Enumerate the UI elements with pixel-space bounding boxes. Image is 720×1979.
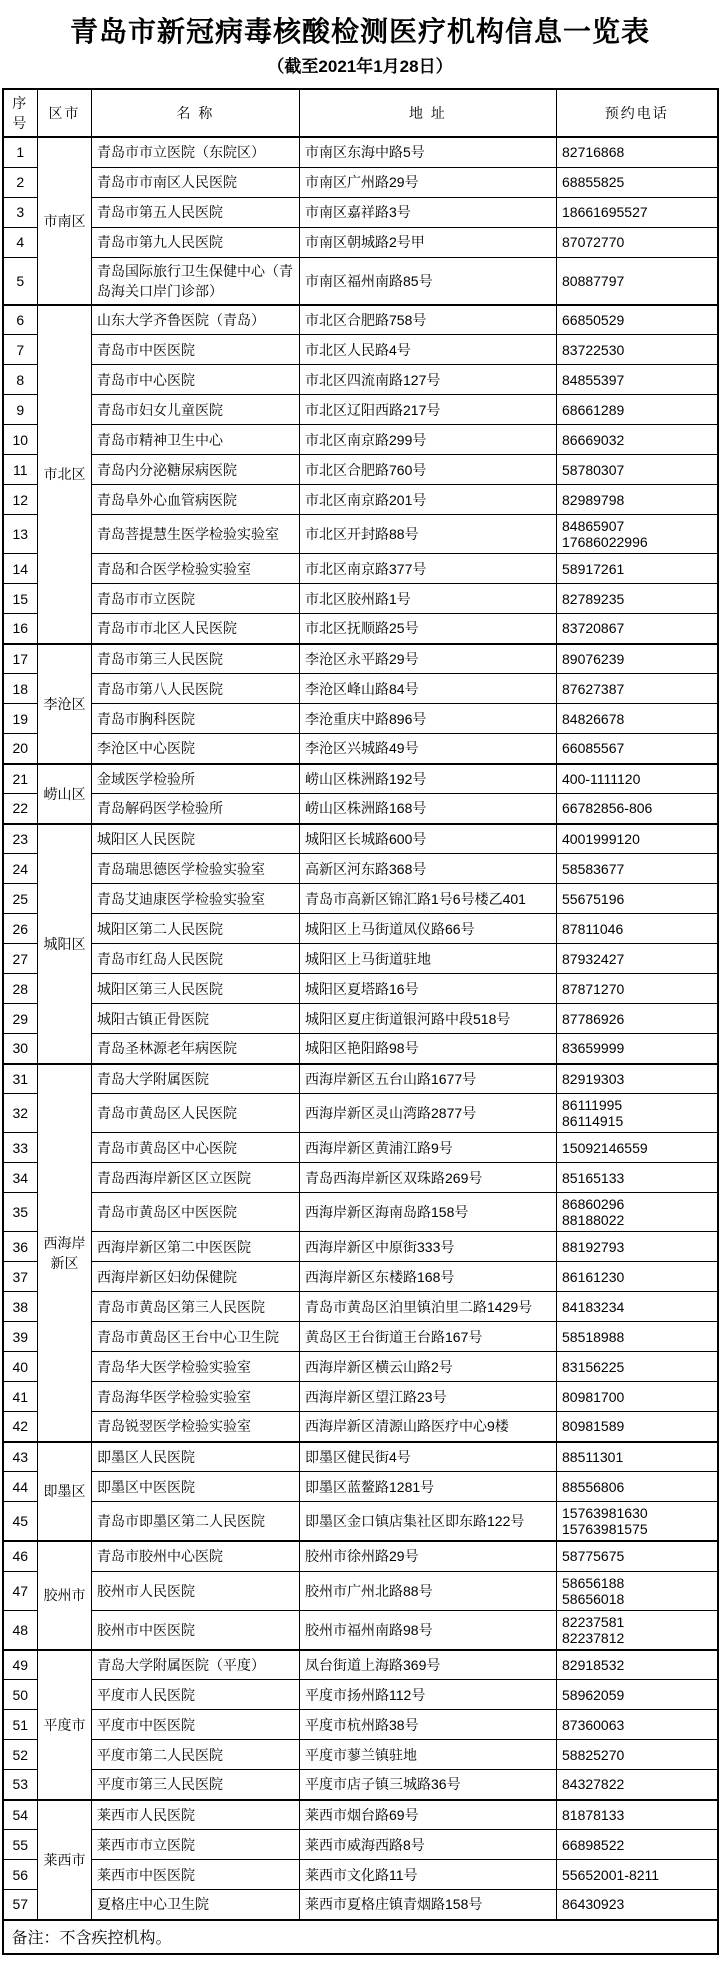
- table-row: 50平度市人民医院平度市扬州路112号58962059: [3, 1680, 718, 1710]
- address-cell: 李沧重庆中路896号: [300, 704, 557, 734]
- table-row: 39青岛市黄岛区王台中心卫生院黄岛区王台街道王台路167号58518988: [3, 1322, 718, 1352]
- address-cell: 城阳区长城路600号: [300, 824, 557, 854]
- serial-number-cell: 10: [3, 425, 38, 455]
- institution-name-cell: 即墨区人民医院: [92, 1442, 300, 1472]
- district-cell: 崂山区: [38, 764, 92, 824]
- table-row: 52平度市第二人民医院平度市蓼兰镇驻地58825270: [3, 1740, 718, 1770]
- page-title: 青岛市新冠病毒核酸检测医疗机构信息一览表: [0, 12, 720, 52]
- table-row: 38青岛市黄岛区第三人民医院青岛市黄岛区泊里镇泊里二路1429号84183234: [3, 1292, 718, 1322]
- table-row: 10青岛市精神卫生中心市北区南京路299号86669032: [3, 425, 718, 455]
- address-cell: 西海岸新区清源山路医疗中心9楼: [300, 1412, 557, 1442]
- institution-name-cell: 城阳古镇正骨医院: [92, 1004, 300, 1034]
- header-district: 区市: [38, 89, 92, 137]
- address-cell: 市北区合肥路760号: [300, 455, 557, 485]
- district-group: 49平度市青岛大学附属医院（平度）凤台街道上海路369号8291853250平度…: [3, 1650, 718, 1800]
- table-row: 24青岛瑞思德医学检验实验室高新区河东路368号58583677: [3, 854, 718, 884]
- institution-name-cell: 青岛市第五人民医院: [92, 197, 300, 227]
- institution-name-cell: 平度市人民医院: [92, 1680, 300, 1710]
- table-row: 54莱西市莱西市人民医院莱西市烟台路69号81878133: [3, 1800, 718, 1830]
- header-row: 序号 区市 名 称 地 址 预约电话: [3, 89, 718, 137]
- serial-number-cell: 25: [3, 884, 38, 914]
- district-cell: 市南区: [38, 137, 92, 305]
- institution-name-cell: 莱西市市立医院: [92, 1830, 300, 1860]
- address-cell: 李沧区峰山路84号: [300, 674, 557, 704]
- address-cell: 凤台街道上海路369号: [300, 1650, 557, 1680]
- serial-number-cell: 26: [3, 914, 38, 944]
- table-row: 40青岛华大医学检验实验室西海岸新区横云山路2号83156225: [3, 1352, 718, 1382]
- address-cell: 市北区南京路377号: [300, 554, 557, 584]
- serial-number-cell: 56: [3, 1860, 38, 1890]
- header-serial-number: 序号: [3, 89, 38, 137]
- serial-number-cell: 20: [3, 734, 38, 764]
- address-cell: 市北区胶州路1号: [300, 584, 557, 614]
- serial-number-cell: 40: [3, 1352, 38, 1382]
- table-row: 3青岛市第五人民医院市南区嘉祥路3号18661695527: [3, 197, 718, 227]
- serial-number-cell: 48: [3, 1610, 38, 1650]
- phone-cell: 87932427: [557, 944, 718, 974]
- serial-number-cell: 8: [3, 365, 38, 395]
- table-row: 48胶州市中医医院胶州市福州南路98号82237581 82237812: [3, 1610, 718, 1650]
- serial-number-cell: 41: [3, 1382, 38, 1412]
- serial-number-cell: 7: [3, 335, 38, 365]
- serial-number-cell: 45: [3, 1502, 38, 1542]
- note-row: 备注：不含疾控机构。: [3, 1920, 718, 1954]
- institution-name-cell: 胶州市中医医院: [92, 1610, 300, 1650]
- district-group: 31西海岸新区青岛大学附属医院西海岸新区五台山路1677号8291930332青…: [3, 1064, 718, 1442]
- table-row: 20李沧区中心医院李沧区兴城路49号66085567: [3, 734, 718, 764]
- serial-number-cell: 49: [3, 1650, 38, 1680]
- institution-name-cell: 青岛菩提慧生医学检验实验室: [92, 515, 300, 554]
- institution-name-cell: 青岛内分泌糖尿病医院: [92, 455, 300, 485]
- institution-name-cell: 青岛圣林源老年病医院: [92, 1034, 300, 1064]
- phone-cell: 66898522: [557, 1830, 718, 1860]
- phone-cell: 66850529: [557, 305, 718, 335]
- table-footer: 备注：不含疾控机构。: [3, 1920, 718, 1954]
- serial-number-cell: 28: [3, 974, 38, 1004]
- serial-number-cell: 12: [3, 485, 38, 515]
- phone-cell: 86430923: [557, 1890, 718, 1920]
- address-cell: 崂山区株洲路168号: [300, 794, 557, 824]
- address-cell: 胶州市广州北路88号: [300, 1571, 557, 1610]
- address-cell: 青岛市高新区锦汇路1号6号楼乙401: [300, 884, 557, 914]
- institution-name-cell: 青岛市中心医院: [92, 365, 300, 395]
- table-row: 14青岛和合医学检验实验室市北区南京路377号58917261: [3, 554, 718, 584]
- serial-number-cell: 15: [3, 584, 38, 614]
- serial-number-cell: 33: [3, 1133, 38, 1163]
- header-name: 名 称: [92, 89, 300, 137]
- phone-cell: 400-1111120: [557, 764, 718, 794]
- institution-name-cell: 青岛市黄岛区王台中心卫生院: [92, 1322, 300, 1352]
- institution-name-cell: 青岛市妇女儿童医院: [92, 395, 300, 425]
- institution-name-cell: 青岛解码医学检验所: [92, 794, 300, 824]
- address-cell: 平度市店子镇三城路36号: [300, 1770, 557, 1800]
- institutions-table: 序号 区市 名 称 地 址 预约电话 1市南区青岛市市立医院（东院区）市南区东海…: [2, 88, 719, 1955]
- address-cell: 城阳区上马街道驻地: [300, 944, 557, 974]
- district-group: 54莱西市莱西市人民医院莱西市烟台路69号8187813355莱西市市立医院莱西…: [3, 1800, 718, 1920]
- serial-number-cell: 35: [3, 1193, 38, 1232]
- institution-name-cell: 青岛市胸科医院: [92, 704, 300, 734]
- address-cell: 平度市扬州路112号: [300, 1680, 557, 1710]
- address-cell: 市南区朝城路2号甲: [300, 227, 557, 257]
- table-row: 27青岛市红岛人民医院城阳区上马街道驻地87932427: [3, 944, 718, 974]
- phone-cell: 83156225: [557, 1352, 718, 1382]
- institution-name-cell: 青岛市红岛人民医院: [92, 944, 300, 974]
- phone-cell: 82716868: [557, 137, 718, 167]
- institution-name-cell: 李沧区中心医院: [92, 734, 300, 764]
- institution-name-cell: 即墨区中医医院: [92, 1472, 300, 1502]
- phone-cell: 88556806: [557, 1472, 718, 1502]
- district-cell: 李沧区: [38, 644, 92, 764]
- address-cell: 平度市蓼兰镇驻地: [300, 1740, 557, 1770]
- serial-number-cell: 57: [3, 1890, 38, 1920]
- phone-cell: 68661289: [557, 395, 718, 425]
- table-row: 28城阳区第三人民医院城阳区夏塔路16号87871270: [3, 974, 718, 1004]
- institution-name-cell: 青岛锐翌医学检验实验室: [92, 1412, 300, 1442]
- institution-name-cell: 莱西市中医医院: [92, 1860, 300, 1890]
- phone-cell: 83720867: [557, 614, 718, 644]
- serial-number-cell: 43: [3, 1442, 38, 1472]
- institution-name-cell: 平度市第二人民医院: [92, 1740, 300, 1770]
- institution-name-cell: 青岛华大医学检验实验室: [92, 1352, 300, 1382]
- phone-cell: 83722530: [557, 335, 718, 365]
- address-cell: 胶州市徐州路29号: [300, 1541, 557, 1571]
- address-cell: 西海岸新区五台山路1677号: [300, 1064, 557, 1094]
- address-cell: 莱西市文化路11号: [300, 1860, 557, 1890]
- phone-cell: 86669032: [557, 425, 718, 455]
- institution-name-cell: 平度市中医医院: [92, 1710, 300, 1740]
- table-row: 6市北区山东大学齐鲁医院（青岛）市北区合肥路758号66850529: [3, 305, 718, 335]
- institution-name-cell: 平度市第三人民医院: [92, 1770, 300, 1800]
- serial-number-cell: 24: [3, 854, 38, 884]
- table-row: 19青岛市胸科医院李沧重庆中路896号84826678: [3, 704, 718, 734]
- serial-number-cell: 34: [3, 1163, 38, 1193]
- address-cell: 城阳区夏塔路16号: [300, 974, 557, 1004]
- address-cell: 即墨区金口镇店集社区即东路122号: [300, 1502, 557, 1542]
- district-cell: 胶州市: [38, 1541, 92, 1650]
- institution-name-cell: 青岛海华医学检验实验室: [92, 1382, 300, 1412]
- district-cell: 市北区: [38, 305, 92, 644]
- district-cell: 城阳区: [38, 824, 92, 1064]
- institution-name-cell: 城阳区第三人民医院: [92, 974, 300, 1004]
- table-row: 17李沧区青岛市第三人民医院李沧区永平路29号89076239: [3, 644, 718, 674]
- address-cell: 市北区南京路299号: [300, 425, 557, 455]
- institution-name-cell: 西海岸新区妇幼保健院: [92, 1262, 300, 1292]
- serial-number-cell: 16: [3, 614, 38, 644]
- address-cell: 莱西市烟台路69号: [300, 1800, 557, 1830]
- table-row: 18青岛市第八人民医院李沧区峰山路84号87627387: [3, 674, 718, 704]
- phone-cell: 84865907 17686022996: [557, 515, 718, 554]
- phone-cell: 82918532: [557, 1650, 718, 1680]
- phone-cell: 86161230: [557, 1262, 718, 1292]
- serial-number-cell: 47: [3, 1571, 38, 1610]
- address-cell: 西海岸新区东楼路168号: [300, 1262, 557, 1292]
- institution-name-cell: 青岛市第九人民医院: [92, 227, 300, 257]
- institution-name-cell: 山东大学齐鲁医院（青岛）: [92, 305, 300, 335]
- institution-name-cell: 夏格庄中心卫生院: [92, 1890, 300, 1920]
- table-row: 11青岛内分泌糖尿病医院市北区合肥路760号58780307: [3, 455, 718, 485]
- table-header: 序号 区市 名 称 地 址 预约电话: [3, 89, 718, 137]
- serial-number-cell: 4: [3, 227, 38, 257]
- serial-number-cell: 9: [3, 395, 38, 425]
- table-row: 42青岛锐翌医学检验实验室西海岸新区清源山路医疗中心9楼80981589: [3, 1412, 718, 1442]
- district-cell: 平度市: [38, 1650, 92, 1800]
- address-cell: 城阳区夏庄街道银河路中段518号: [300, 1004, 557, 1034]
- address-cell: 西海岸新区中原街333号: [300, 1232, 557, 1262]
- serial-number-cell: 22: [3, 794, 38, 824]
- institution-name-cell: 青岛市胶州中心医院: [92, 1541, 300, 1571]
- table-row: 1市南区青岛市市立医院（东院区）市南区东海中路5号82716868: [3, 137, 718, 167]
- table-row: 44即墨区中医医院即墨区蓝鳌路1281号88556806: [3, 1472, 718, 1502]
- serial-number-cell: 37: [3, 1262, 38, 1292]
- phone-cell: 58518988: [557, 1322, 718, 1352]
- table-row: 31西海岸新区青岛大学附属医院西海岸新区五台山路1677号82919303: [3, 1064, 718, 1094]
- address-cell: 西海岸新区横云山路2号: [300, 1352, 557, 1382]
- phone-cell: 15763981630 15763981575: [557, 1502, 718, 1542]
- phone-cell: 55652001-8211: [557, 1860, 718, 1890]
- address-cell: 市南区广州路29号: [300, 167, 557, 197]
- phone-cell: 87627387: [557, 674, 718, 704]
- table-row: 5青岛国际旅行卫生保健中心（青岛海关口岸门诊部）市南区福州南路85号808877…: [3, 257, 718, 305]
- table-row: 45青岛市即墨区第二人民医院即墨区金口镇店集社区即东路122号157639816…: [3, 1502, 718, 1542]
- serial-number-cell: 50: [3, 1680, 38, 1710]
- table-row: 22青岛解码医学检验所崂山区株洲路168号66782856-806: [3, 794, 718, 824]
- serial-number-cell: 1: [3, 137, 38, 167]
- institution-name-cell: 青岛市黄岛区中心医院: [92, 1133, 300, 1163]
- page: 青岛市新冠病毒核酸检测医疗机构信息一览表 （截至2021年1月28日） 序号 区…: [0, 0, 720, 1955]
- address-cell: 高新区河东路368号: [300, 854, 557, 884]
- institution-name-cell: 莱西市人民医院: [92, 1800, 300, 1830]
- serial-number-cell: 55: [3, 1830, 38, 1860]
- phone-cell: 82237581 82237812: [557, 1610, 718, 1650]
- address-cell: 青岛西海岸新区双珠路269号: [300, 1163, 557, 1193]
- institution-name-cell: 青岛市中医医院: [92, 335, 300, 365]
- phone-cell: 87811046: [557, 914, 718, 944]
- phone-cell: 83659999: [557, 1034, 718, 1064]
- institution-name-cell: 青岛西海岸新区区立医院: [92, 1163, 300, 1193]
- phone-cell: 58656188 58656018: [557, 1571, 718, 1610]
- institution-name-cell: 青岛市黄岛区人民医院: [92, 1094, 300, 1133]
- table-row: 34青岛西海岸新区区立医院青岛西海岸新区双珠路269号85165133: [3, 1163, 718, 1193]
- district-group: 6市北区山东大学齐鲁医院（青岛）市北区合肥路758号668505297青岛市中医…: [3, 305, 718, 644]
- table-row: 36西海岸新区第二中医医院西海岸新区中原街333号88192793: [3, 1232, 718, 1262]
- serial-number-cell: 14: [3, 554, 38, 584]
- address-cell: 城阳区艳阳路98号: [300, 1034, 557, 1064]
- serial-number-cell: 36: [3, 1232, 38, 1262]
- phone-cell: 81878133: [557, 1800, 718, 1830]
- serial-number-cell: 3: [3, 197, 38, 227]
- table-row: 37西海岸新区妇幼保健院西海岸新区东楼路168号86161230: [3, 1262, 718, 1292]
- institution-name-cell: 青岛大学附属医院: [92, 1064, 300, 1094]
- table-row: 57夏格庄中心卫生院莱西市夏格庄镇青烟路158号86430923: [3, 1890, 718, 1920]
- phone-cell: 58962059: [557, 1680, 718, 1710]
- phone-cell: 66085567: [557, 734, 718, 764]
- phone-cell: 84855397: [557, 365, 718, 395]
- address-cell: 市南区嘉祥路3号: [300, 197, 557, 227]
- serial-number-cell: 23: [3, 824, 38, 854]
- address-cell: 西海岸新区灵山湾路2877号: [300, 1094, 557, 1133]
- serial-number-cell: 38: [3, 1292, 38, 1322]
- phone-cell: 82919303: [557, 1064, 718, 1094]
- address-cell: 李沧区永平路29号: [300, 644, 557, 674]
- institution-name-cell: 青岛和合医学检验实验室: [92, 554, 300, 584]
- institution-name-cell: 城阳区第二人民医院: [92, 914, 300, 944]
- table-row: 55莱西市市立医院莱西市威海西路8号66898522: [3, 1830, 718, 1860]
- institution-name-cell: 青岛市市立医院: [92, 584, 300, 614]
- serial-number-cell: 27: [3, 944, 38, 974]
- table-row: 23城阳区城阳区人民医院城阳区长城路600号4001999120: [3, 824, 718, 854]
- serial-number-cell: 13: [3, 515, 38, 554]
- table-row: 41青岛海华医学检验实验室西海岸新区望江路23号80981700: [3, 1382, 718, 1412]
- institution-name-cell: 青岛市即墨区第二人民医院: [92, 1502, 300, 1542]
- institution-name-cell: 青岛市市北区人民医院: [92, 614, 300, 644]
- phone-cell: 58825270: [557, 1740, 718, 1770]
- phone-cell: 88192793: [557, 1232, 718, 1262]
- phone-cell: 82989798: [557, 485, 718, 515]
- address-cell: 胶州市福州南路98号: [300, 1610, 557, 1650]
- serial-number-cell: 39: [3, 1322, 38, 1352]
- phone-cell: 84183234: [557, 1292, 718, 1322]
- table-row: 35青岛市黄岛区中医医院西海岸新区海南岛路158号86860296 881880…: [3, 1193, 718, 1232]
- phone-cell: 55675196: [557, 884, 718, 914]
- district-cell: 即墨区: [38, 1442, 92, 1542]
- district-group: 23城阳区城阳区人民医院城阳区长城路600号400199912024青岛瑞思德医…: [3, 824, 718, 1064]
- phone-cell: 84327822: [557, 1770, 718, 1800]
- institution-name-cell: 青岛艾迪康医学检验实验室: [92, 884, 300, 914]
- district-group: 1市南区青岛市市立医院（东院区）市南区东海中路5号827168682青岛市市南区…: [3, 137, 718, 305]
- institution-name-cell: 城阳区人民医院: [92, 824, 300, 854]
- address-cell: 黄岛区王台街道王台路167号: [300, 1322, 557, 1352]
- table-row: 8青岛市中心医院市北区四流南路127号84855397: [3, 365, 718, 395]
- phone-cell: 58583677: [557, 854, 718, 884]
- serial-number-cell: 53: [3, 1770, 38, 1800]
- address-cell: 西海岸新区海南岛路158号: [300, 1193, 557, 1232]
- address-cell: 即墨区健民街4号: [300, 1442, 557, 1472]
- serial-number-cell: 11: [3, 455, 38, 485]
- table-row: 51平度市中医医院平度市杭州路38号87360063: [3, 1710, 718, 1740]
- serial-number-cell: 17: [3, 644, 38, 674]
- phone-cell: 84826678: [557, 704, 718, 734]
- title-block: 青岛市新冠病毒核酸检测医疗机构信息一览表 （截至2021年1月28日）: [0, 0, 720, 80]
- phone-cell: 66782856-806: [557, 794, 718, 824]
- phone-cell: 80887797: [557, 257, 718, 305]
- district-cell: 莱西市: [38, 1800, 92, 1920]
- institution-name-cell: 青岛市第三人民医院: [92, 644, 300, 674]
- institution-name-cell: 青岛市黄岛区中医医院: [92, 1193, 300, 1232]
- serial-number-cell: 32: [3, 1094, 38, 1133]
- table-row: 29城阳古镇正骨医院城阳区夏庄街道银河路中段518号87786926: [3, 1004, 718, 1034]
- phone-cell: 86860296 88188022: [557, 1193, 718, 1232]
- phone-cell: 18661695527: [557, 197, 718, 227]
- table-row: 25青岛艾迪康医学检验实验室青岛市高新区锦汇路1号6号楼乙40155675196: [3, 884, 718, 914]
- note-text: 备注：不含疾控机构。: [3, 1920, 718, 1954]
- serial-number-cell: 42: [3, 1412, 38, 1442]
- phone-cell: 15092146559: [557, 1133, 718, 1163]
- serial-number-cell: 21: [3, 764, 38, 794]
- institution-name-cell: 青岛阜外心血管病医院: [92, 485, 300, 515]
- table-row: 33青岛市黄岛区中心医院西海岸新区黄浦江路9号15092146559: [3, 1133, 718, 1163]
- page-subtitle: （截至2021年1月28日）: [0, 54, 720, 80]
- serial-number-cell: 46: [3, 1541, 38, 1571]
- phone-cell: 87786926: [557, 1004, 718, 1034]
- phone-cell: 89076239: [557, 644, 718, 674]
- serial-number-cell: 51: [3, 1710, 38, 1740]
- phone-cell: 85165133: [557, 1163, 718, 1193]
- institution-name-cell: 青岛市第八人民医院: [92, 674, 300, 704]
- table-row: 2青岛市市南区人民医院市南区广州路29号68855825: [3, 167, 718, 197]
- phone-cell: 4001999120: [557, 824, 718, 854]
- table-row: 16青岛市市北区人民医院市北区抚顺路25号83720867: [3, 614, 718, 644]
- institution-name-cell: 青岛大学附属医院（平度）: [92, 1650, 300, 1680]
- district-group: 21崂山区金域医学检验所崂山区株洲路192号400-111112022青岛解码医…: [3, 764, 718, 824]
- address-cell: 市北区抚顺路25号: [300, 614, 557, 644]
- address-cell: 城阳区上马街道凤仪路66号: [300, 914, 557, 944]
- table-row: 32青岛市黄岛区人民医院西海岸新区灵山湾路2877号86111995 86114…: [3, 1094, 718, 1133]
- serial-number-cell: 19: [3, 704, 38, 734]
- address-cell: 平度市杭州路38号: [300, 1710, 557, 1740]
- table-row: 46胶州市青岛市胶州中心医院胶州市徐州路29号58775675: [3, 1541, 718, 1571]
- institution-name-cell: 青岛市市南区人民医院: [92, 167, 300, 197]
- phone-cell: 80981589: [557, 1412, 718, 1442]
- institution-name-cell: 金域医学检验所: [92, 764, 300, 794]
- institution-name-cell: 青岛市市立医院（东院区）: [92, 137, 300, 167]
- district-group: 17李沧区青岛市第三人民医院李沧区永平路29号8907623918青岛市第八人民…: [3, 644, 718, 764]
- phone-cell: 80981700: [557, 1382, 718, 1412]
- address-cell: 西海岸新区黄浦江路9号: [300, 1133, 557, 1163]
- district-cell: 西海岸新区: [38, 1064, 92, 1442]
- address-cell: 市北区四流南路127号: [300, 365, 557, 395]
- institution-name-cell: 青岛瑞思德医学检验实验室: [92, 854, 300, 884]
- address-cell: 崂山区株洲路192号: [300, 764, 557, 794]
- table-row: 26城阳区第二人民医院城阳区上马街道凤仪路66号87811046: [3, 914, 718, 944]
- phone-cell: 87072770: [557, 227, 718, 257]
- table-row: 53平度市第三人民医院平度市店子镇三城路36号84327822: [3, 1770, 718, 1800]
- table-row: 30青岛圣林源老年病医院城阳区艳阳路98号83659999: [3, 1034, 718, 1064]
- phone-cell: 88511301: [557, 1442, 718, 1472]
- table-row: 21崂山区金域医学检验所崂山区株洲路192号400-1111120: [3, 764, 718, 794]
- serial-number-cell: 30: [3, 1034, 38, 1064]
- address-cell: 莱西市威海西路8号: [300, 1830, 557, 1860]
- table-row: 12青岛阜外心血管病医院市北区南京路201号82989798: [3, 485, 718, 515]
- institution-name-cell: 青岛国际旅行卫生保健中心（青岛海关口岸门诊部）: [92, 257, 300, 305]
- address-cell: 市北区开封路88号: [300, 515, 557, 554]
- phone-cell: 58775675: [557, 1541, 718, 1571]
- district-group: 43即墨区即墨区人民医院即墨区健民街4号8851130144即墨区中医医院即墨区…: [3, 1442, 718, 1542]
- address-cell: 市北区人民路4号: [300, 335, 557, 365]
- serial-number-cell: 2: [3, 167, 38, 197]
- table-row: 4青岛市第九人民医院市南区朝城路2号甲87072770: [3, 227, 718, 257]
- address-cell: 市北区辽阳西路217号: [300, 395, 557, 425]
- address-cell: 市北区合肥路758号: [300, 305, 557, 335]
- address-cell: 市南区福州南路85号: [300, 257, 557, 305]
- serial-number-cell: 18: [3, 674, 38, 704]
- address-cell: 青岛市黄岛区泊里镇泊里二路1429号: [300, 1292, 557, 1322]
- phone-cell: 68855825: [557, 167, 718, 197]
- phone-cell: 58917261: [557, 554, 718, 584]
- serial-number-cell: 44: [3, 1472, 38, 1502]
- table-row: 56莱西市中医医院莱西市文化路11号55652001-8211: [3, 1860, 718, 1890]
- serial-number-cell: 29: [3, 1004, 38, 1034]
- address-cell: 即墨区蓝鳌路1281号: [300, 1472, 557, 1502]
- district-group: 46胶州市青岛市胶州中心医院胶州市徐州路29号5877567547胶州市人民医院…: [3, 1541, 718, 1650]
- address-cell: 西海岸新区望江路23号: [300, 1382, 557, 1412]
- phone-cell: 82789235: [557, 584, 718, 614]
- institution-name-cell: 青岛市精神卫生中心: [92, 425, 300, 455]
- phone-cell: 87871270: [557, 974, 718, 1004]
- header-address: 地 址: [300, 89, 557, 137]
- institution-name-cell: 胶州市人民医院: [92, 1571, 300, 1610]
- phone-cell: 87360063: [557, 1710, 718, 1740]
- table-row: 47胶州市人民医院胶州市广州北路88号58656188 58656018: [3, 1571, 718, 1610]
